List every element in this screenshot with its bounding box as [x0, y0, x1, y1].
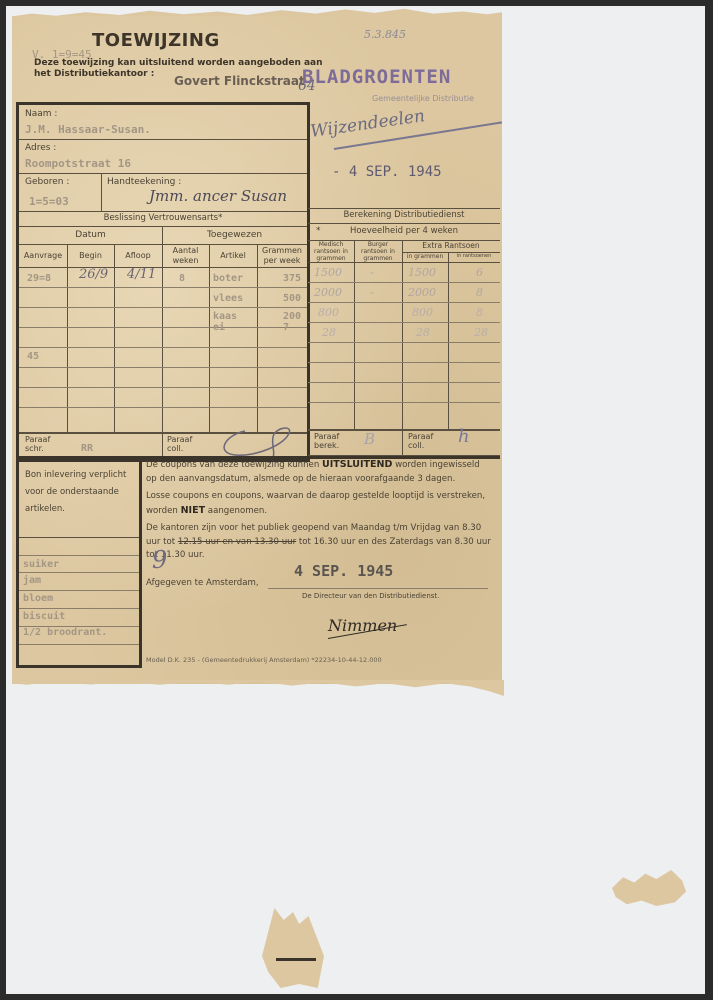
applicant-decision-box: Naam : J.M. Hassaar-Susan. Adres : Roomp… [16, 102, 310, 462]
col-grammen: Grammen per week [257, 246, 307, 266]
extra-rantsoen-label: Extra Rantsoen [402, 241, 500, 250]
calculation-subheader: Hoeveelheid per 4 weken [308, 226, 500, 236]
name-value: J.M. Hassaar-Susan. [25, 123, 151, 136]
handwritten-9: 9 [152, 546, 167, 574]
coupon-item: bloem [23, 593, 53, 604]
born-label: Geboren : [25, 177, 69, 187]
paraaf-coll-label-right: Paraaf coll. [408, 432, 438, 450]
instructions-paragraph-1: De coupons van deze toewijzing kunnen UI… [146, 458, 492, 486]
issued-date-stamp: 4 SEP. 1945 [294, 562, 393, 580]
document-title: TOEWIJZING [92, 30, 220, 51]
group-datum: Datum [19, 230, 162, 240]
coupon-return-box: Bon inlevering verplicht voor de onderst… [16, 456, 142, 668]
instructions-text: De coupons van deze toewijzing kunnen UI… [146, 458, 492, 567]
paraaf-berek-signature: B [364, 430, 375, 448]
coupon-item: biscuit [23, 611, 65, 622]
paraaf-coll-label: Paraaf coll. [167, 435, 197, 453]
allocation-card: TOEWIJZING V. 1=9=45 5.3.845 Deze toewij… [12, 16, 502, 684]
col-extra-rantsoenen: in rantsoenen [448, 253, 500, 259]
instructions-paragraph-2: Losse coupons en coupons, waarvan de daa… [146, 490, 492, 518]
born-value: 1=5=03 [29, 195, 69, 208]
paraaf-coll-signature [215, 425, 295, 459]
applicant-signature: Jmm. ancer Susan [149, 187, 287, 205]
decision-header: Beslissing Vertrouwensarts* [19, 213, 307, 223]
paraaf-berek-label: Paraaf berek. [314, 432, 348, 450]
col-medisch: Medisch rantsoen in grammen [308, 241, 354, 262]
form-model-number: Model D.K. 235 - (Gemeentedrukkerij Amst… [146, 656, 382, 664]
calculation-header: Berekening Distributiedienst [308, 210, 500, 220]
signature-label: Handteekening : [107, 177, 181, 187]
name-label: Naam : [25, 109, 57, 119]
address-label: Adres : [25, 143, 56, 153]
coupon-item: 1/2 broodrant. [23, 627, 107, 638]
paraaf-schr-label: Paraaf schr. [25, 435, 55, 453]
handwritten-number: 5.3.845 [364, 28, 406, 41]
issued-label: Afgegeven te Amsterdam, [146, 578, 259, 588]
col-extra-grammen: in grammen [402, 253, 448, 260]
col-afloop: Afloop [114, 251, 162, 260]
director-label: De Directeur van den Distributiedienst. [302, 592, 439, 600]
department-stamp-subtitle: Gemeentelijke Distributie [372, 94, 474, 103]
calculation-box: Berekening Distributiedienst * Hoeveelhe… [308, 208, 500, 456]
address-value: Roompotstraat 16 [25, 157, 131, 170]
col-burger: Burger rantsoen in grammen [354, 241, 402, 262]
date-stamp-top: - 4 SEP. 1945 [332, 164, 442, 180]
col-begin: Begin [67, 251, 114, 260]
paraaf-schr-value: RR [81, 443, 93, 454]
coupon-header: Bon inlevering verplicht voor de onderst… [25, 467, 135, 518]
col-aantal-weken: Aantal weken [162, 246, 209, 266]
coupon-item: jam [23, 575, 41, 586]
issued-line [268, 588, 488, 589]
group-toegewezen: Toegewezen [162, 230, 307, 240]
coupon-item: suiker [23, 559, 59, 570]
instructions-paragraph-3: De kantoren zijn voor het publiek geopen… [146, 522, 492, 563]
paraaf-coll-signature-right: h [458, 426, 470, 447]
department-stamp: BLADGROENTEN [302, 66, 451, 88]
office-address-stamp: Govert Flinckstraat [174, 74, 305, 88]
col-artikel: Artikel [209, 251, 257, 260]
col-aanvrage: Aanvrage [19, 251, 67, 260]
